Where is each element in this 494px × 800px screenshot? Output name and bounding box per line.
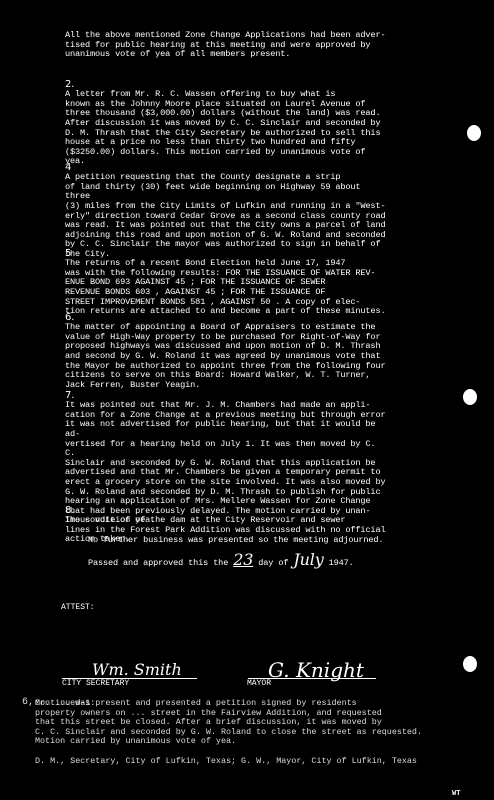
passed-month: July xyxy=(293,550,323,569)
city-secretary-label: CITY SECRETARY xyxy=(62,679,129,688)
punch-hole-icon xyxy=(467,125,481,141)
item-number: 6. xyxy=(65,312,74,323)
passed-day: 23 xyxy=(233,550,253,569)
passed-line: Passed and approved this the 23 day of J… xyxy=(88,555,398,569)
passed-year: 1947. xyxy=(329,558,354,568)
intro-paragraph: All the above mentioned Zone Change Appl… xyxy=(65,31,390,60)
passed-prefix: Passed and approved this the xyxy=(88,558,228,568)
footnote-text: Mr. ... was present and presented a peti… xyxy=(35,699,475,747)
punch-hole-icon xyxy=(463,389,477,405)
footer-line: D. M., Secretary, City of Lufkin, Texas;… xyxy=(35,757,475,767)
punch-hole-icon xyxy=(463,656,477,672)
document-page: All the above mentioned Zone Change Appl… xyxy=(0,0,494,800)
adjourn-line: No further business was presented so the… xyxy=(88,536,388,546)
item-number: 4 xyxy=(65,162,71,173)
secretary-signature: Wm. Smith xyxy=(92,660,182,679)
item-6: 6. The matter of appointing a Board of A… xyxy=(65,303,390,390)
item-number: 2. xyxy=(65,79,74,90)
mayor-label: MAYOR xyxy=(247,679,271,688)
page-mark: WT xyxy=(452,790,460,798)
item-number: 5 xyxy=(65,248,71,259)
item-number: 7. xyxy=(65,390,74,401)
item-number: 8. xyxy=(65,505,74,516)
item-text: The matter of appointing a Board of Appr… xyxy=(65,322,385,390)
attest-label: ATTEST: xyxy=(61,603,95,612)
passed-middle: day of xyxy=(258,558,288,568)
footnote-number: 6, xyxy=(22,698,36,708)
